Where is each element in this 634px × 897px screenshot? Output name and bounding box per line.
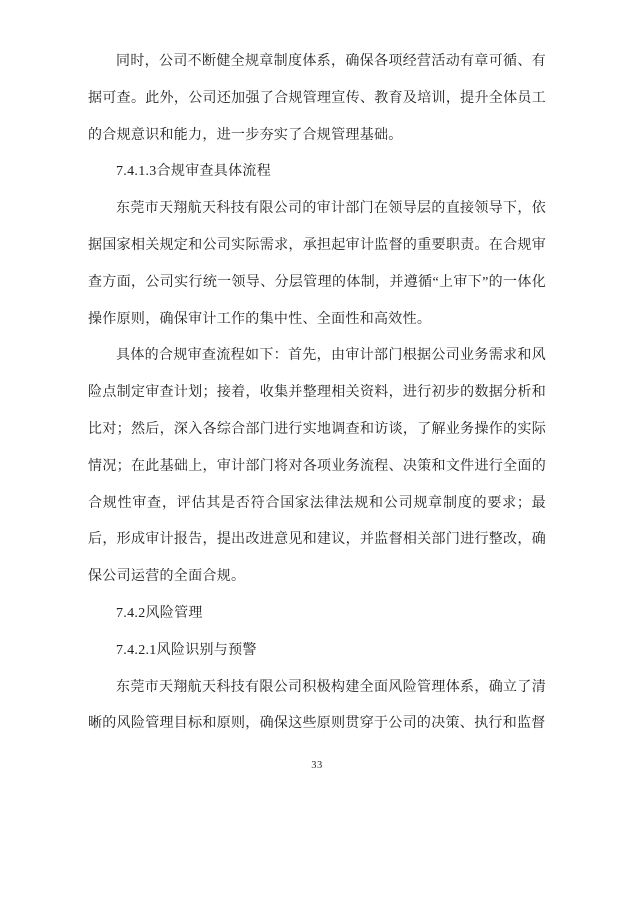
body-paragraph: 东莞市天翔航天科技有限公司的审计部门在领导层的直接领导下，依据国家相关规定和公司… <box>88 191 546 338</box>
section-heading: 7.4.1.3合规审查具体流程 <box>88 154 546 191</box>
section-heading: 7.4.2.1风险识别与预警 <box>88 633 546 670</box>
body-paragraph: 同时，公司不断健全规章制度体系，确保各项经营活动有章可循、有据可查。此外，公司还… <box>88 44 546 154</box>
page-number: 33 <box>0 760 634 771</box>
document-body: 同时，公司不断健全规章制度体系，确保各项经营活动有章可循、有据可查。此外，公司还… <box>88 44 546 743</box>
section-heading: 7.4.2风险管理 <box>88 596 546 633</box>
document-page: 同时，公司不断健全规章制度体系，确保各项经营活动有章可循、有据可查。此外，公司还… <box>0 0 634 897</box>
body-paragraph: 东莞市天翔航天科技有限公司积极构建全面风险管理体系，确立了清晰的风险管理目标和原… <box>88 670 546 744</box>
body-paragraph: 具体的合规审查流程如下：首先，由审计部门根据公司业务需求和风险点制定审查计划；接… <box>88 338 546 596</box>
